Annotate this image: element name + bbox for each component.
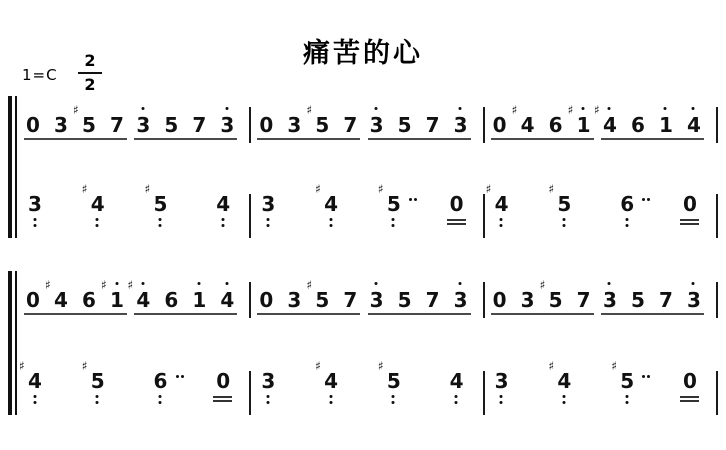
sharp-accidental: ♯ (378, 183, 384, 195)
note: 6 (631, 115, 644, 135)
note: 6 (620, 194, 633, 214)
octave-dot-above (375, 282, 378, 285)
note: 3 (136, 115, 149, 135)
page-title: 痛苦的心 (0, 31, 726, 70)
note-digit: 1 (577, 113, 591, 137)
note-digit: 3 (521, 288, 535, 312)
bass-measure: 3♯4♯50 (251, 194, 482, 214)
note: 3 (370, 290, 383, 310)
note-digit: 3 (687, 288, 701, 312)
note: 3 (261, 194, 274, 214)
note: 0 (493, 290, 506, 310)
note-digit: 4 (216, 192, 230, 216)
thin-barline (15, 271, 17, 415)
augmentation-dots (642, 375, 645, 378)
note: ♯1 (577, 115, 590, 135)
note-digit: 7 (659, 288, 673, 312)
note-digit: 7 (343, 288, 357, 312)
note: 3 (603, 290, 616, 310)
note-digit: 4 (28, 369, 42, 393)
note: 0 (450, 194, 463, 214)
sharp-accidental: ♯ (306, 279, 312, 291)
sharp-accidental: ♯ (82, 360, 88, 372)
note-digit: 5 (549, 288, 563, 312)
beam-group: 03♯57 (257, 290, 360, 315)
note: 0 (493, 115, 506, 135)
note: ♯4 (324, 371, 337, 391)
note: ♯4 (28, 371, 41, 391)
time-signature-denominator: 2 (78, 75, 102, 94)
note-digit: 6 (164, 288, 178, 312)
octave-dots-below (33, 218, 36, 221)
octave-dot-above (225, 282, 228, 285)
melody-measure: 03♯573573 (251, 290, 482, 315)
note: ♯4 (603, 115, 616, 135)
note-digit: 5 (315, 288, 329, 312)
sharp-accidental: ♯ (45, 279, 51, 291)
note: ♯5 (387, 371, 400, 391)
octave-dots-below (266, 395, 269, 398)
barline (716, 194, 718, 238)
note-digit: 6 (549, 113, 563, 137)
sharp-accidental: ♯ (540, 279, 546, 291)
melody-measure: 03♯573573 (251, 115, 482, 140)
note: 0 (216, 371, 229, 391)
beam-group: ♯4614 (134, 290, 237, 315)
note-digit: 3 (454, 113, 468, 137)
melody-measure: 0♯46♯1♯4614 (485, 115, 716, 140)
note: 3 (495, 371, 508, 391)
note: 6 (549, 115, 562, 135)
note: 7 (110, 115, 123, 135)
note-digit: 7 (577, 288, 591, 312)
note-digit: 3 (28, 192, 42, 216)
note-digit: 4 (91, 192, 105, 216)
note-digit: 7 (110, 113, 124, 137)
octave-dots-below (625, 218, 628, 221)
note-digit: 1 (110, 288, 124, 312)
note-digit: 4 (557, 369, 571, 393)
sharp-accidental: ♯ (306, 104, 312, 116)
octave-dots-below (392, 395, 395, 398)
octave-dots-below (392, 218, 395, 221)
note: 3 (521, 290, 534, 310)
sharp-accidental: ♯ (19, 360, 25, 372)
note: 4 (687, 115, 700, 135)
note-digit: 4 (495, 192, 509, 216)
sharp-accidental: ♯ (145, 183, 151, 195)
double-underline (447, 219, 466, 221)
note-digit: 5 (315, 113, 329, 137)
note: 4 (450, 371, 463, 391)
note-digit: 4 (687, 113, 701, 137)
octave-dots-below (329, 218, 332, 221)
note: 6 (154, 371, 167, 391)
sharp-accidental: ♯ (101, 279, 107, 291)
note-digit: 4 (324, 192, 338, 216)
bass-measure: 3♯4♯50 (485, 371, 716, 391)
note-digit: 5 (387, 369, 401, 393)
beam-group: 0♯46♯1 (24, 290, 127, 315)
octave-dots-below (500, 395, 503, 398)
note: ♯1 (110, 290, 123, 310)
note: ♯4 (557, 371, 570, 391)
sharp-accidental: ♯ (127, 279, 133, 291)
note: ♯5 (549, 290, 562, 310)
bass-measure: 3♯4♯54 (18, 194, 249, 214)
octave-dots-below (221, 218, 224, 221)
melody-measure: 0♯46♯1♯4614 (18, 290, 249, 315)
sharp-accidental: ♯ (594, 104, 600, 116)
note-digit: 3 (261, 192, 275, 216)
note: 7 (343, 290, 356, 310)
note-digit: 6 (620, 192, 634, 216)
note: ♯5 (82, 115, 95, 135)
note: 3 (54, 115, 67, 135)
note-digit: 5 (164, 113, 178, 137)
note: ♯4 (495, 194, 508, 214)
note: 4 (216, 194, 229, 214)
note-digit: 5 (91, 369, 105, 393)
augmentation-dots (176, 375, 179, 378)
bass-line-2: ♯4♯5603♯4♯543♯4♯50 (18, 365, 718, 421)
note: ♯4 (521, 115, 534, 135)
octave-dot-above (608, 107, 611, 110)
note-digit: 0 (26, 288, 40, 312)
note-digit: 0 (493, 113, 507, 137)
note: ♯4 (324, 194, 337, 214)
octave-dots-below (33, 395, 36, 398)
note-digit: 3 (603, 288, 617, 312)
sharp-accidental: ♯ (315, 183, 321, 195)
thin-barline (15, 96, 17, 238)
beam-group: 3573 (368, 290, 471, 315)
note: 3 (454, 115, 467, 135)
sharp-accidental: ♯ (486, 183, 492, 195)
melody-line-1: 03♯57357303♯5735730♯46♯1♯4614 (18, 96, 718, 140)
sharp-accidental: ♯ (378, 360, 384, 372)
note-digit: 0 (683, 192, 697, 216)
octave-dots-below (625, 395, 628, 398)
note: ♯5 (91, 371, 104, 391)
note-digit: 3 (370, 113, 384, 137)
note-digit: 6 (154, 369, 168, 393)
note-digit: 5 (387, 192, 401, 216)
note-digit: 3 (370, 288, 384, 312)
melody-measure: 03♯573573 (18, 115, 249, 140)
note-digit: 0 (493, 288, 507, 312)
note-digit: 5 (154, 192, 168, 216)
sharp-accidental: ♯ (315, 360, 321, 372)
note: 6 (82, 290, 95, 310)
time-signature-numerator: 2 (78, 52, 102, 71)
note-digit: 4 (220, 288, 234, 312)
note-digit: 0 (259, 113, 273, 137)
note-digit: 4 (324, 369, 338, 393)
note: ♯5 (620, 371, 633, 391)
note: 6 (164, 290, 177, 310)
note: 5 (398, 290, 411, 310)
note: ♯4 (136, 290, 149, 310)
note: 7 (426, 290, 439, 310)
note-digit: 1 (659, 113, 673, 137)
note-digit: 5 (398, 113, 412, 137)
note: 3 (287, 290, 300, 310)
beam-group: 3573 (601, 290, 704, 315)
octave-dots-below (562, 218, 565, 221)
note-digit: 5 (620, 369, 634, 393)
barline (716, 107, 718, 143)
note: ♯5 (154, 194, 167, 214)
note-digit: 0 (216, 369, 230, 393)
note: 7 (426, 115, 439, 135)
octave-dot-above (115, 282, 118, 285)
note-digit: 4 (450, 369, 464, 393)
sharp-accidental: ♯ (568, 104, 574, 116)
octave-dots-below (96, 395, 99, 398)
octave-dots-below (562, 395, 565, 398)
beam-group: 03♯57 (24, 115, 127, 140)
note-digit: 0 (450, 192, 464, 216)
sharp-accidental: ♯ (548, 360, 554, 372)
double-underline (680, 396, 699, 398)
note: 7 (192, 115, 205, 135)
beam-group: 3573 (134, 115, 237, 140)
note: 3 (287, 115, 300, 135)
augmentation-dots (642, 198, 645, 201)
note: 3 (220, 115, 233, 135)
melody-line-2: 0♯46♯1♯461403♯57357303♯573573 (18, 271, 718, 315)
note: 1 (659, 115, 672, 135)
note-digit: 0 (259, 288, 273, 312)
note-digit: 7 (192, 113, 206, 137)
beam-group: ♯4614 (601, 115, 704, 140)
note-digit: 6 (631, 113, 645, 137)
note-digit: 4 (54, 288, 68, 312)
note: 3 (28, 194, 41, 214)
note: ♯5 (315, 115, 328, 135)
sharp-accidental: ♯ (548, 183, 554, 195)
melody-measure: 03♯573573 (485, 290, 716, 315)
octave-dots-below (159, 218, 162, 221)
octave-dot-above (197, 282, 200, 285)
note: 3 (370, 115, 383, 135)
octave-dots-below (329, 395, 332, 398)
note-digit: 5 (82, 113, 96, 137)
octave-dots-below (159, 395, 162, 398)
beam-group: 3573 (368, 115, 471, 140)
note-digit: 5 (631, 288, 645, 312)
octave-dot-above (582, 107, 585, 110)
note-digit: 7 (426, 288, 440, 312)
note-digit: 3 (220, 113, 234, 137)
note: 0 (259, 290, 272, 310)
note-digit: 3 (454, 288, 468, 312)
note-digit: 7 (343, 113, 357, 137)
octave-dot-above (692, 282, 695, 285)
note: 5 (398, 115, 411, 135)
bass-measure: ♯4♯560 (485, 194, 716, 214)
octave-dot-above (459, 282, 462, 285)
sharp-accidental: ♯ (82, 183, 88, 195)
augmentation-dots (409, 198, 412, 201)
key-signature: 1=C (22, 66, 58, 84)
note: 0 (26, 290, 39, 310)
note: ♯5 (557, 194, 570, 214)
note-digit: 3 (287, 288, 301, 312)
beam-group: 03♯57 (257, 115, 360, 140)
note: ♯4 (91, 194, 104, 214)
note: 0 (26, 115, 39, 135)
note: ♯5 (315, 290, 328, 310)
octave-dots-below (500, 218, 503, 221)
note-digit: 3 (261, 369, 275, 393)
beam-group: 0♯46♯1 (491, 115, 594, 140)
bass-measure: 3♯4♯54 (251, 371, 482, 391)
octave-dots-below (96, 218, 99, 221)
bass-measure: ♯4♯560 (18, 371, 249, 391)
barline (716, 371, 718, 415)
sharp-accidental: ♯ (611, 360, 617, 372)
note-digit: 5 (398, 288, 412, 312)
octave-dots-below (455, 395, 458, 398)
note: 3 (261, 371, 274, 391)
barline (716, 282, 718, 318)
note-digit: 0 (26, 113, 40, 137)
note-digit: 1 (192, 288, 206, 312)
note: ♯5 (387, 194, 400, 214)
sharp-accidental: ♯ (73, 104, 79, 116)
octave-dots-below (266, 218, 269, 221)
note: 7 (659, 290, 672, 310)
time-signature: 2 2 (78, 52, 102, 93)
note: 3 (687, 290, 700, 310)
note-digit: 6 (82, 288, 96, 312)
note-digit: 4 (521, 113, 535, 137)
octave-dot-above (692, 107, 695, 110)
note: 0 (259, 115, 272, 135)
octave-dot-above (459, 107, 462, 110)
octave-dot-above (375, 107, 378, 110)
sharp-accidental: ♯ (512, 104, 518, 116)
note: 1 (192, 290, 205, 310)
octave-dot-above (664, 107, 667, 110)
note-digit: 5 (557, 192, 571, 216)
octave-dot-above (141, 282, 144, 285)
double-underline (213, 396, 232, 398)
note: 0 (683, 194, 696, 214)
note-digit: 4 (603, 113, 617, 137)
bass-line-1: 3♯4♯543♯4♯50♯4♯560 (18, 188, 718, 244)
octave-dot-above (225, 107, 228, 110)
note-digit: 3 (54, 113, 68, 137)
thick-barline (8, 271, 12, 415)
double-underline (680, 219, 699, 221)
fraction-line (78, 72, 102, 74)
note: 5 (164, 115, 177, 135)
note: 5 (631, 290, 644, 310)
note-digit: 4 (136, 288, 150, 312)
beam-group: 03♯57 (491, 290, 594, 315)
note: 0 (683, 371, 696, 391)
thick-barline (8, 96, 12, 238)
note-digit: 7 (426, 113, 440, 137)
octave-dot-above (141, 107, 144, 110)
note-digit: 3 (287, 113, 301, 137)
sheet-music-page: 痛苦的心 1=C 2 2 03♯57357303♯5735730♯46♯1♯46… (0, 0, 726, 450)
note: 7 (343, 115, 356, 135)
note-digit: 3 (495, 369, 509, 393)
note-digit: 3 (136, 113, 150, 137)
note-digit: 0 (683, 369, 697, 393)
note: 3 (454, 290, 467, 310)
note: ♯4 (54, 290, 67, 310)
octave-dot-above (608, 282, 611, 285)
note: 4 (220, 290, 233, 310)
note: 7 (577, 290, 590, 310)
